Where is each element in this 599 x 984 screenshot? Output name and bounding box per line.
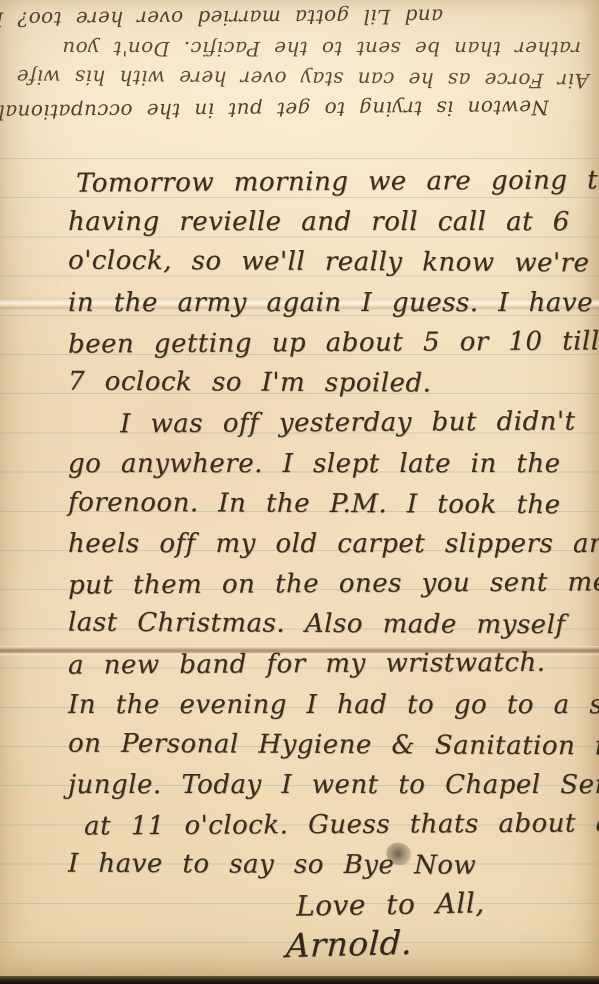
letter-line: last Christmas. Also made myself bbox=[68, 599, 599, 642]
letter-line: a new band for my wristwatch. bbox=[68, 639, 599, 682]
letter-line: forenoon. In the P.M. I took the bbox=[68, 478, 599, 521]
postscript-line: Air Force as he can stay over here with … bbox=[6, 62, 589, 97]
scanned-letter-page: Newton is trying to get put in the occup… bbox=[0, 0, 599, 984]
postscript-line: rather than be sent to the Pacific. Don'… bbox=[6, 34, 581, 65]
letter-line: on Personal Hygiene & Sanitation in the bbox=[68, 719, 599, 762]
letter-line: at 11 o'clock. Guess thats about all bbox=[68, 799, 599, 842]
letter-line: in the army again I guess. I have bbox=[68, 279, 599, 319]
letter-line: put them on the ones you sent me bbox=[68, 558, 599, 601]
closing-line: Love to All, bbox=[296, 879, 599, 924]
postscript-line: Newton is trying to get put in the occup… bbox=[6, 92, 549, 127]
signature: Arnold. bbox=[285, 917, 599, 964]
letter-line: I have to say so Bye Now bbox=[68, 840, 599, 883]
letter-line: In the evening I had to go to a show bbox=[68, 680, 599, 720]
letter-line: having revielle and roll call at 6 bbox=[68, 198, 599, 238]
upside-down-postscript: Newton is trying to get put in the occup… bbox=[6, 3, 593, 125]
letter-line: I was off yesterday but didn't bbox=[68, 398, 599, 441]
scan-edge-shadow bbox=[0, 976, 599, 984]
letter-line: heels off my old carpet slippers and bbox=[68, 520, 599, 560]
letter-body: Tomorrow morning we are going to start h… bbox=[0, 158, 599, 961]
letter-line: go anywhere. I slept late in the bbox=[68, 439, 599, 479]
letter-line: jungle. Today I went to Chapel Services- bbox=[68, 761, 599, 801]
letter-line: o'clock, so we'll really know we're bbox=[68, 237, 599, 280]
postscript-line: and Lil gotta married over here too? Ha! bbox=[6, 1, 443, 35]
letter-line: been getting up about 5 or 10 till bbox=[68, 317, 599, 360]
letter-line: 7 oclock so I'm spoiled. bbox=[68, 358, 599, 401]
letter-line: Tomorrow morning we are going to start bbox=[68, 156, 599, 199]
